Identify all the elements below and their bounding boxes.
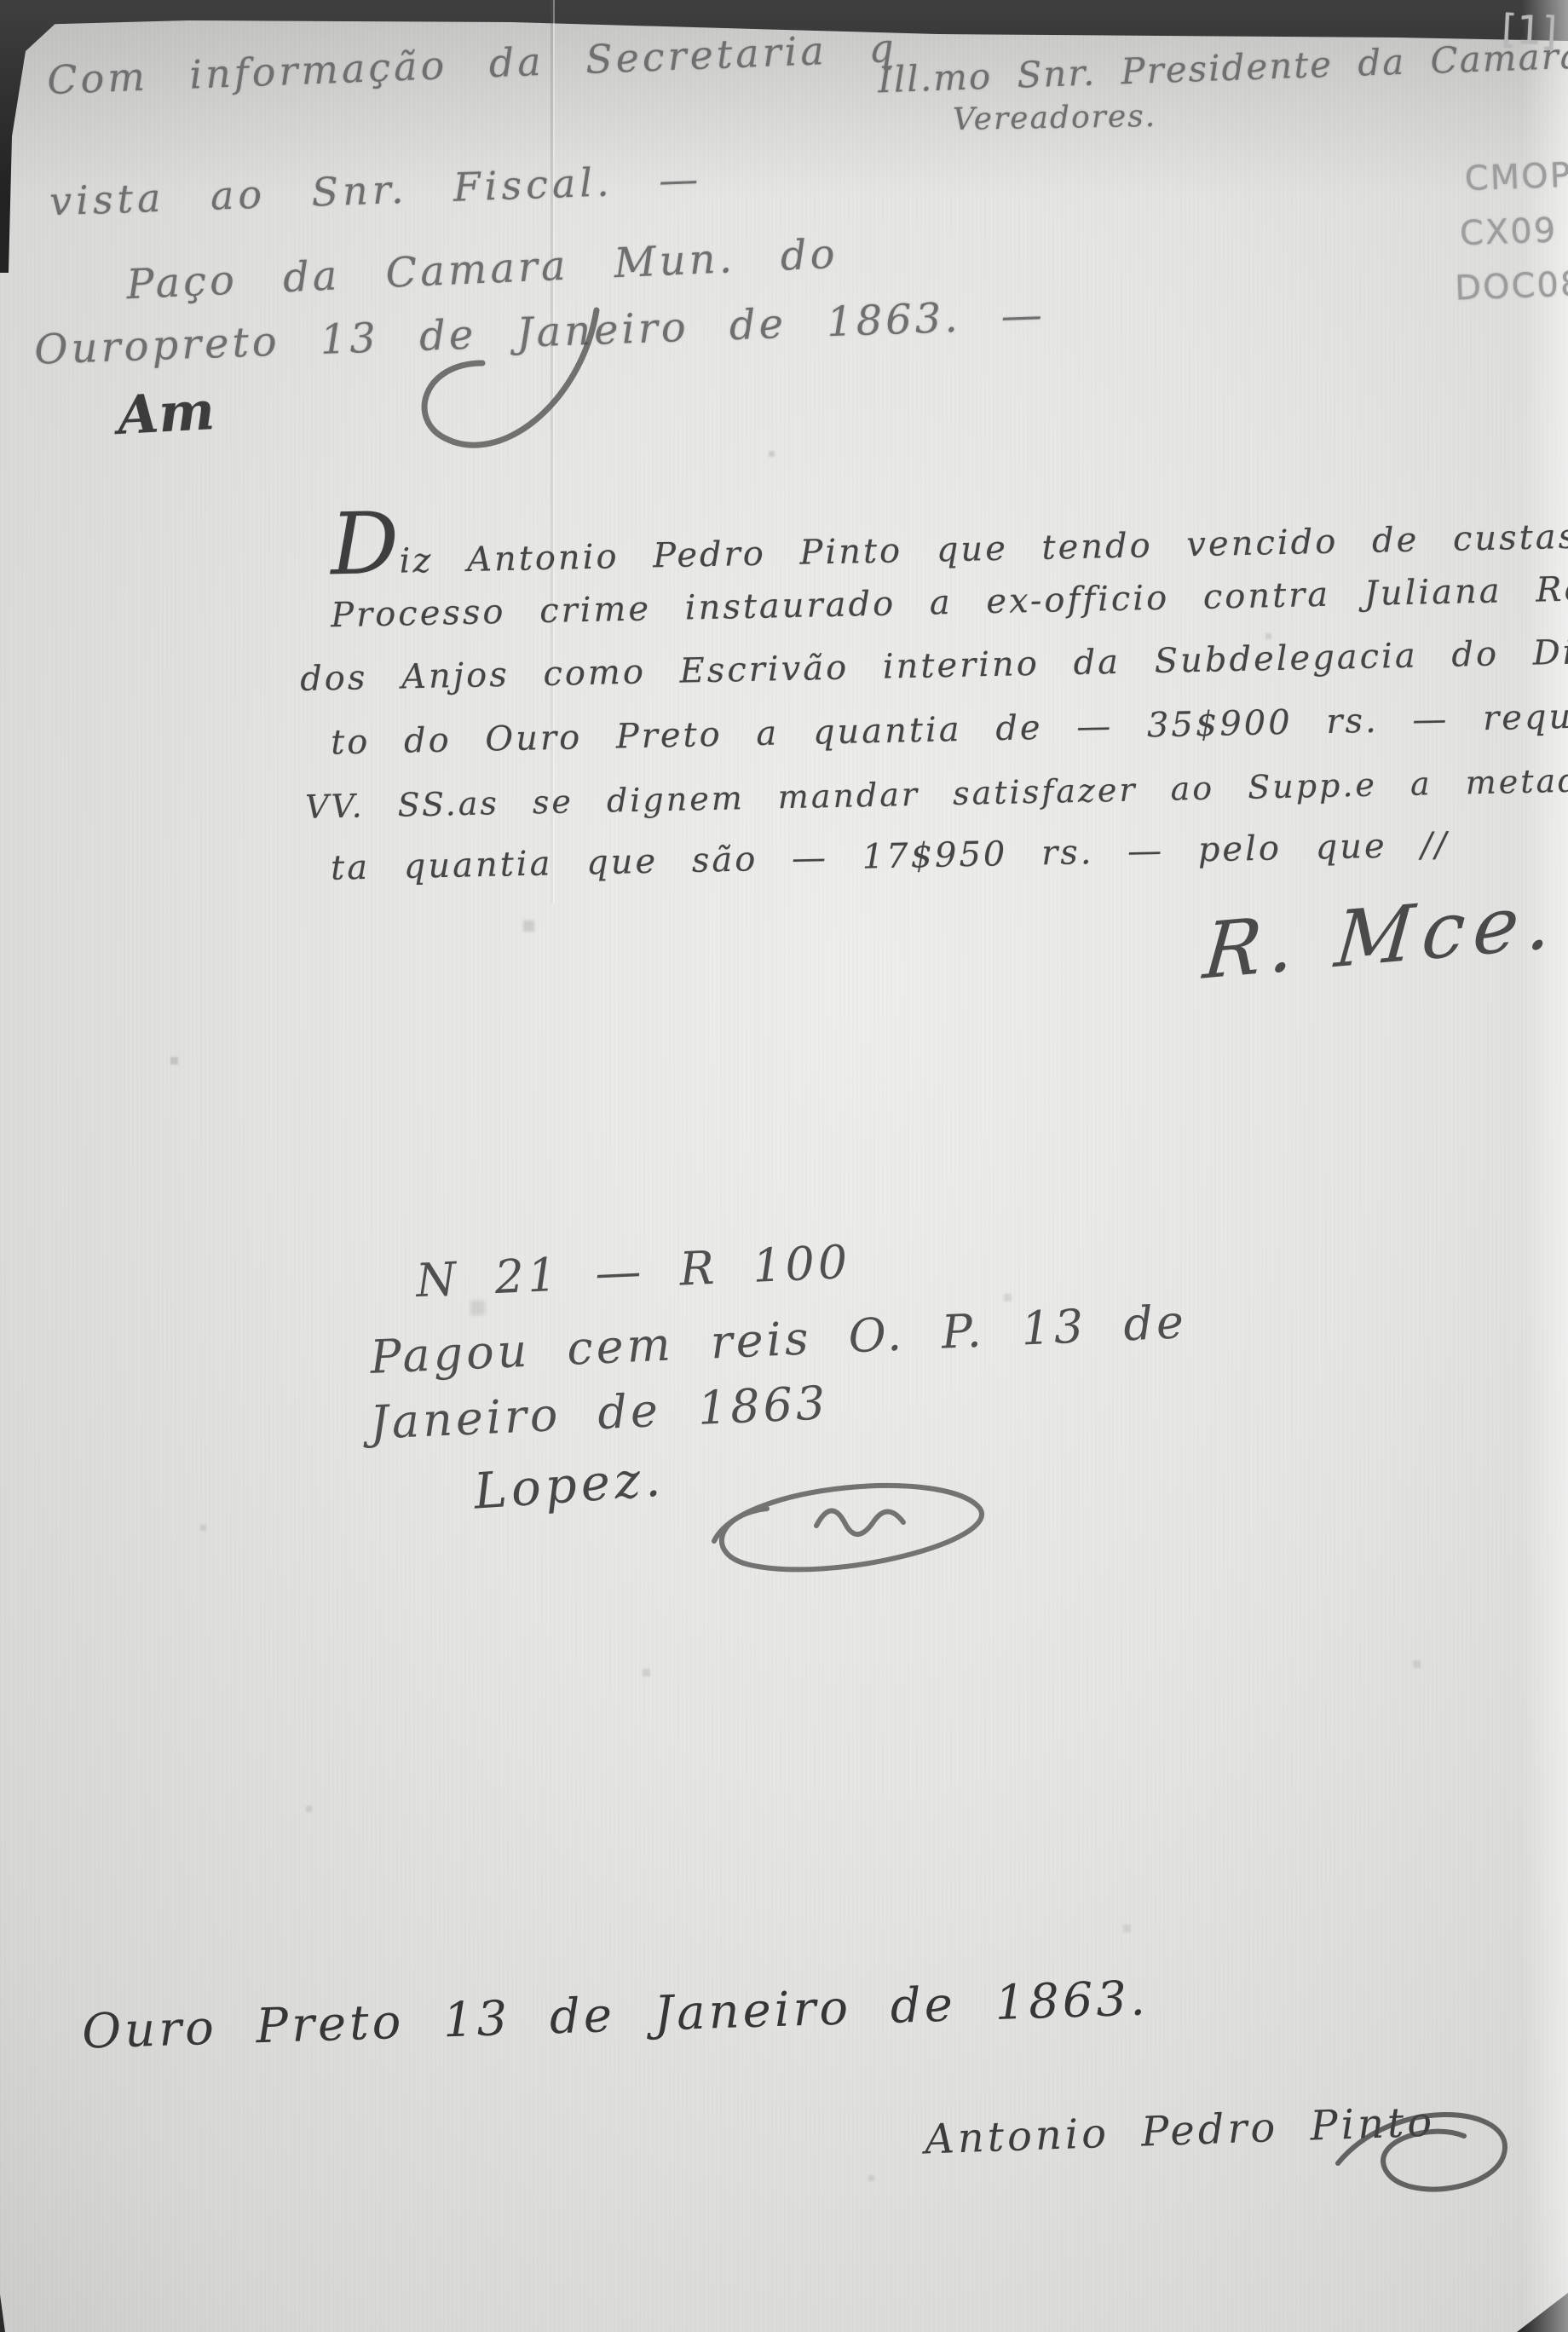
scan-corner-top-left bbox=[0, 0, 85, 273]
petition-line-6: ta quantia que são — 17$950 rs. — pelo q… bbox=[331, 825, 1450, 887]
archive-fund-code: CMOP bbox=[1464, 147, 1568, 206]
scan-corner-bottom-left bbox=[0, 2294, 39, 2332]
footer-place-date: Ouro Preto 13 de Janeiro de 1863. bbox=[81, 1971, 1149, 2059]
petition-line-3: dos Anjos como Escrivão interino da Subd… bbox=[300, 631, 1568, 699]
petition-line-1: Diz Antonio Pedro Pinto que tendo vencid… bbox=[330, 498, 1568, 583]
manuscript-page: [1] CMOP CX09 DOC08 Com informação da Se… bbox=[0, 0, 1568, 2332]
dispatch-note-line-1: Com informação da Secretaria q bbox=[46, 25, 897, 103]
archive-reference-block: CMOP CX09 DOC08 bbox=[1450, 147, 1568, 315]
payment-note-line-3: Janeiro de 1863 bbox=[369, 1376, 830, 1449]
dispatch-note-line-2: vista ao Snr. Fiscal. — bbox=[49, 156, 703, 225]
archive-doc-code: DOC08 bbox=[1454, 257, 1568, 315]
dispatch-note-line-3: Paço da Camara Mun. do bbox=[125, 230, 839, 309]
president-rubric: Am bbox=[116, 379, 216, 447]
paper-fold-crease bbox=[551, 0, 553, 903]
scan-highlight-right bbox=[1522, 0, 1568, 2332]
archive-box-code: CX09 bbox=[1459, 202, 1568, 261]
petition-line-5: VV. SS.as se dignem mandar satisfazer ao… bbox=[305, 758, 1568, 826]
addressee-line-1: Ill.mo Snr. Presidente da Camara e m.s bbox=[877, 30, 1568, 101]
addressee-line-2: Vereadores. bbox=[953, 99, 1157, 137]
paid-rubric-flourish bbox=[689, 1459, 1012, 1596]
scan-corner-bottom-right bbox=[1517, 2293, 1568, 2332]
payment-note-number: N 21 — R 100 bbox=[415, 1235, 852, 1307]
petition-closing-formula: R. Mce. bbox=[1200, 875, 1564, 997]
payment-note-signature: Lopez. bbox=[472, 1449, 666, 1520]
payment-note-line-2: Pagou cem reis O. P. 13 de bbox=[369, 1295, 1188, 1384]
petitioner-signature: Antonio Pedro Pinto bbox=[924, 2098, 1436, 2164]
petition-line-4: to do Ouro Preto a quantia de — 35$900 r… bbox=[331, 696, 1568, 763]
paper-speckles bbox=[0, 0, 1, 1]
